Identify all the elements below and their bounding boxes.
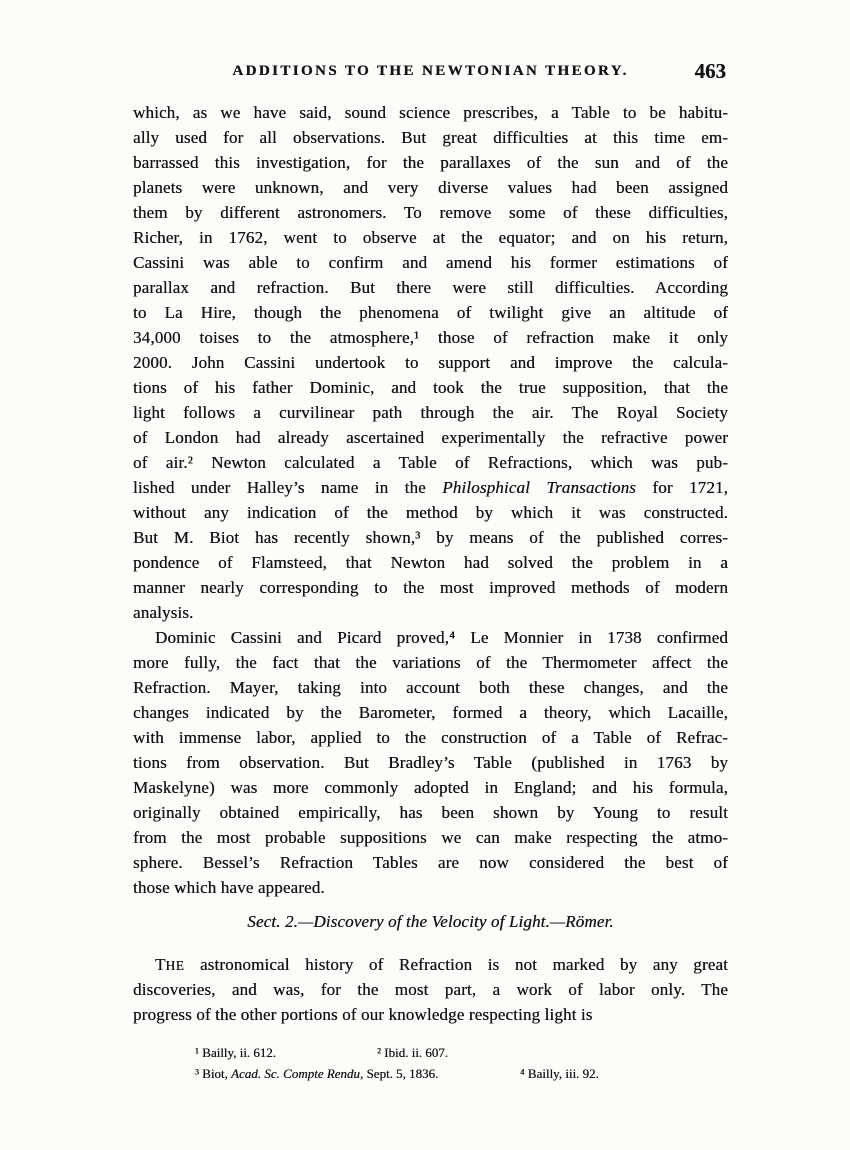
text-line: of air.² Newton calculated a Table of Re… xyxy=(133,450,728,475)
text-line: lished under Halley’s name in the Philos… xyxy=(133,475,728,500)
text-line: Dominic Cassini and Picard proved,⁴ Le M… xyxy=(133,625,728,650)
text-line: progress of the other portions of our kn… xyxy=(133,1002,728,1027)
text-line: changes indicated by the Barometer, form… xyxy=(133,700,728,725)
footnote-row: ¹ Bailly, ii. 612. ² Ibid. ii. 607. xyxy=(133,1042,728,1063)
footnotes: ¹ Bailly, ii. 612. ² Ibid. ii. 607. ³ Bi… xyxy=(133,1042,728,1084)
running-title: ADDITIONS TO THE NEWTONIAN THEORY. xyxy=(133,58,728,84)
text-line: Refraction. Mayer, taking into account b… xyxy=(133,675,728,700)
footnote-row: ³ Biot, Acad. Sc. Compte Rendu, Sept. 5,… xyxy=(133,1063,728,1084)
text-line: with immense labor, applied to the const… xyxy=(133,725,728,750)
text-line: from the most probable suppositions we c… xyxy=(133,825,728,850)
text-line: barrassed this investigation, for the pa… xyxy=(133,150,728,175)
text-segment: lished under Halley’s name in the xyxy=(133,478,442,497)
text-line: more fully, the fact that the variations… xyxy=(133,650,728,675)
paragraph-3: THE astronomical history of Refraction i… xyxy=(133,952,728,1027)
text-line: Maskelyne) was more commonly adopted in … xyxy=(133,775,728,800)
text-segment: T xyxy=(155,955,166,974)
text-line: sphere. Bessel’s Refraction Tables are n… xyxy=(133,850,728,875)
text-line: analysis. xyxy=(133,600,728,625)
text-line: those which have appeared. xyxy=(133,875,728,900)
text-line: Cassini was able to confirm and amend hi… xyxy=(133,250,728,275)
text-line: light follows a curvilinear path through… xyxy=(133,400,728,425)
text-line: Richer, in 1762, went to observe at the … xyxy=(133,225,728,250)
paragraph-1: which, as we have said, sound science pr… xyxy=(133,100,728,625)
text-line: of London had already ascertained experi… xyxy=(133,425,728,450)
footnote-1: ¹ Bailly, ii. 612. xyxy=(195,1042,276,1063)
text-line: manner nearly corresponding to the most … xyxy=(133,575,728,600)
italic-text: Philosphical Transactions xyxy=(442,478,636,497)
text-line: THE astronomical history of Refraction i… xyxy=(133,952,728,977)
paragraph-2: Dominic Cassini and Picard proved,⁴ Le M… xyxy=(133,625,728,900)
text-line: originally obtained empirically, has bee… xyxy=(133,800,728,825)
page-number: 463 xyxy=(695,58,727,84)
text-line: parallax and refraction. But there were … xyxy=(133,275,728,300)
text-segment: for 1721, xyxy=(636,478,728,497)
smallcaps-text: HE xyxy=(166,958,185,973)
text-line: pondence of Flamsteed, that Newton had s… xyxy=(133,550,728,575)
text-line: ally used for all observations. But grea… xyxy=(133,125,728,150)
text-line: 34,000 toises to the atmosphere,¹ those … xyxy=(133,325,728,350)
footnote-2: ² Ibid. ii. 607. xyxy=(377,1042,448,1063)
text-line: planets were unknown, and very diverse v… xyxy=(133,175,728,200)
text-line: tions of his father Dominic, and took th… xyxy=(133,375,728,400)
footnote-3: ³ Biot, Acad. Sc. Compte Rendu, Sept. 5,… xyxy=(195,1063,438,1084)
footnote-4: ⁴ Bailly, iii. 92. xyxy=(520,1063,599,1084)
text-line: which, as we have said, sound science pr… xyxy=(133,100,728,125)
italic-text: Acad. Sc. Compte Rendu xyxy=(231,1066,360,1081)
page-header: ADDITIONS TO THE NEWTONIAN THEORY. 463 xyxy=(133,58,728,84)
text-line: discoveries, and was, for the most part,… xyxy=(133,977,728,1002)
book-page: ADDITIONS TO THE NEWTONIAN THEORY. 463 w… xyxy=(0,0,850,1150)
text-line: tions from observation. But Bradley’s Ta… xyxy=(133,750,728,775)
text-segment: astronomical history of Refraction is no… xyxy=(184,955,728,974)
text-line: them by different astronomers. To remove… xyxy=(133,200,728,225)
section-heading: Sect. 2.—Discovery of the Velocity of Li… xyxy=(133,909,728,934)
text-line: But M. Biot has recently shown,³ by mean… xyxy=(133,525,728,550)
text-segment: , Sept. 5, 1836. xyxy=(360,1066,438,1081)
text-line: to La Hire, though the phenomena of twil… xyxy=(133,300,728,325)
text-line: without any indication of the method by … xyxy=(133,500,728,525)
text-line: 2000. John Cassini undertook to support … xyxy=(133,350,728,375)
page-body: which, as we have said, sound science pr… xyxy=(133,100,728,1027)
text-segment: ³ Biot, xyxy=(195,1066,231,1081)
